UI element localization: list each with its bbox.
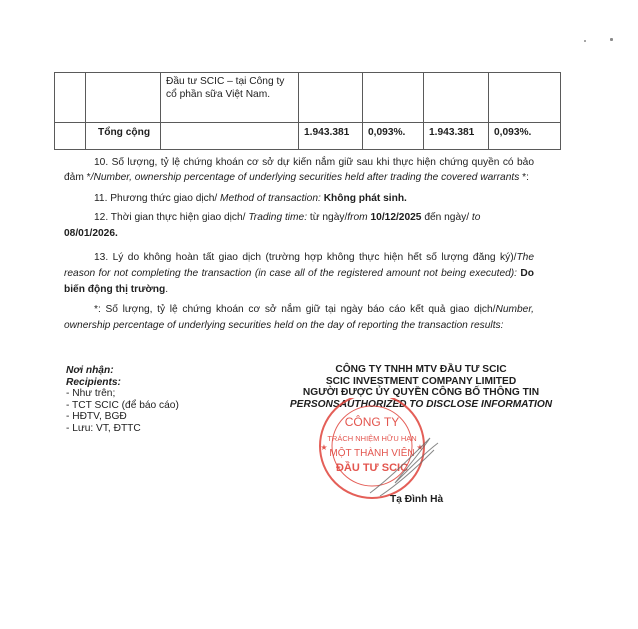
stamp-line1: CÔNG TY <box>345 414 399 429</box>
recipients-title-en: Recipients: <box>66 377 179 389</box>
stamp-line4: ĐẦU TƯ SCIC <box>336 461 408 474</box>
table-cell <box>424 73 489 123</box>
transaction-method-value: Không phát sinh. <box>321 193 407 204</box>
item-10: 10. Số lượng, tỷ lệ chứng khoán cơ sở dự… <box>64 155 534 185</box>
table-row: Đầu tư SCIC – tại Công ty cổ phần sữa Vi… <box>55 73 561 123</box>
stamp-line3: MỘT THÀNH VIÊN <box>329 446 414 459</box>
recipients-title-vn: Nơi nhận: <box>66 365 179 377</box>
recipient-item: - Như trên; <box>66 388 179 400</box>
company-seal-stamp-icon: CÔNG TY TRÁCH NHIỆM HỮU HẠN MỘT THÀNH VI… <box>310 398 440 508</box>
holdings-table: Đầu tư SCIC – tại Công ty cổ phần sữa Vi… <box>54 72 561 150</box>
footnote: *: Số lượng, tỷ lệ chứng khoán cơ sở nắm… <box>64 302 534 334</box>
item-11: 11. Phương thức giao dịch/ Method of tra… <box>64 191 534 206</box>
total-ratio-before: 0,093%. <box>363 123 424 150</box>
table-cell <box>55 73 86 123</box>
item-12: 12. Thời gian thực hiện giao dịch/ Tradi… <box>64 210 534 242</box>
svg-text:★: ★ <box>320 443 327 452</box>
table-cell <box>363 73 424 123</box>
table-cell <box>55 123 86 150</box>
total-ratio-after: 0,093%. <box>489 123 561 150</box>
table-cell-entity: Đầu tư SCIC – tại Công ty cổ phần sữa Vi… <box>161 73 299 123</box>
recipients-block: Nơi nhận: Recipients: - Như trên; - TCT … <box>66 365 179 434</box>
recipient-item: - Lưu: VT, ĐTTC <box>66 423 179 435</box>
company-name-en: SCIC INVESTMENT COMPANY LIMITED <box>278 376 564 388</box>
table-cell <box>161 123 299 150</box>
table-cell <box>299 73 363 123</box>
scan-speck <box>584 40 586 42</box>
total-quantity-after: 1.943.381 <box>424 123 489 150</box>
stamp-line2: TRÁCH NHIỆM HỮU HẠN <box>327 434 416 443</box>
signer-role-vn: NGƯỜI ĐƯỢC ỦY QUYỀN CÔNG BỐ THÔNG TIN <box>278 387 564 399</box>
recipient-item: - HĐTV, BGĐ <box>66 411 179 423</box>
item-13: 13. Lý do không hoàn tất giao dịch (trườ… <box>64 250 534 298</box>
to-date: 08/01/2026. <box>64 228 118 239</box>
total-quantity-before: 1.943.381 <box>299 123 363 150</box>
signer-name: Tạ Đình Hà <box>390 494 443 505</box>
total-label: Tổng cộng <box>86 123 161 150</box>
table-cell <box>489 73 561 123</box>
from-date: 10/12/2025 <box>368 212 422 223</box>
scan-speck <box>610 38 613 41</box>
recipient-item: - TCT SCIC (để báo cáo) <box>66 400 179 412</box>
company-name-vn: CÔNG TY TNHH MTV ĐẦU TƯ SCIC <box>278 364 564 376</box>
table-row-total: Tổng cộng 1.943.381 0,093%. 1.943.381 0,… <box>55 123 561 150</box>
document-page: Đầu tư SCIC – tại Công ty cổ phần sữa Vi… <box>0 0 638 629</box>
table-cell <box>86 73 161 123</box>
